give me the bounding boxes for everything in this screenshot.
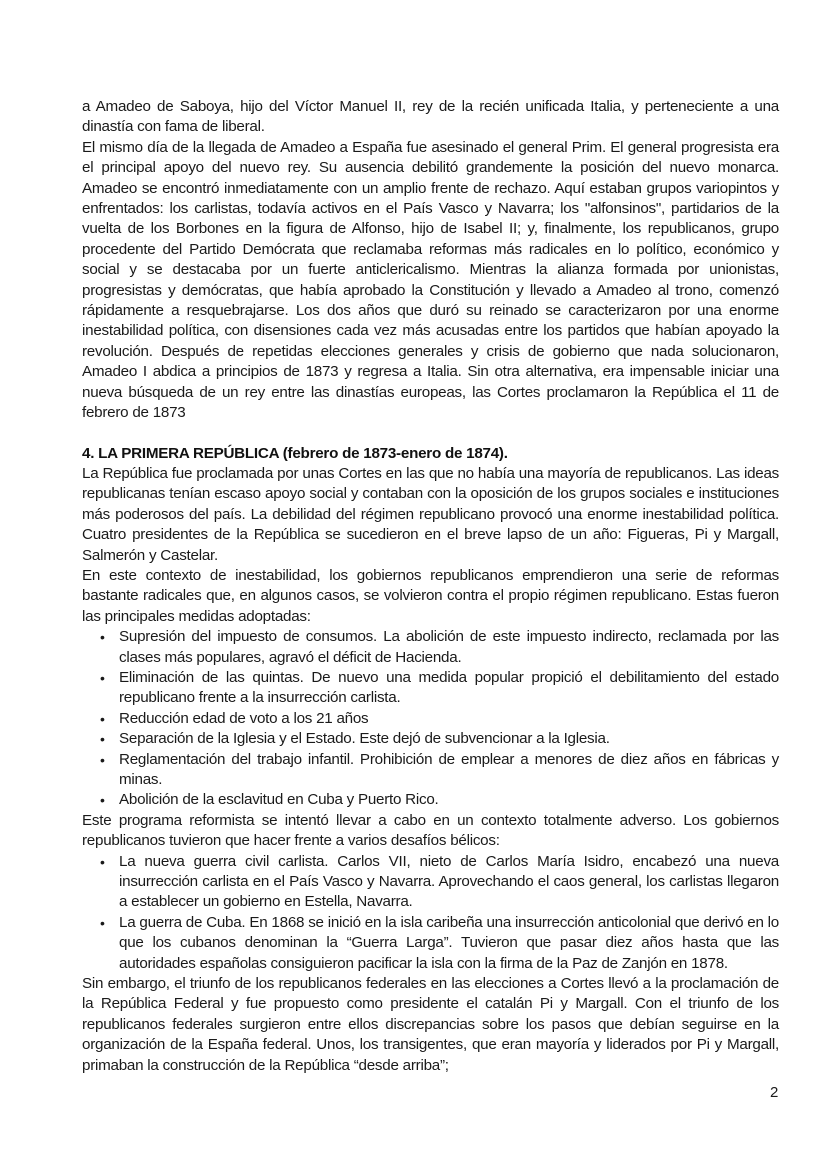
bullet-icon: • — [100, 750, 105, 770]
section-paragraph-4: Sin embargo, el triunfo de los republica… — [82, 974, 779, 1076]
bullet-icon: • — [100, 729, 105, 749]
section-paragraph-1: La República fue proclamada por unas Cor… — [82, 464, 779, 566]
list-item: •Abolición de la esclavitud en Cuba y Pu… — [119, 790, 779, 810]
measures-list: •Supresión del impuesto de consumos. La … — [82, 627, 779, 811]
section-paragraph-2: En este contexto de inestabilidad, los g… — [82, 566, 779, 627]
list-item: •Separación de la Iglesia y el Estado. E… — [119, 729, 779, 749]
document-page: a Amadeo de Saboya, hijo del Víctor Manu… — [82, 97, 779, 1076]
section-heading: 4. LA PRIMERA REPÚBLICA (febrero de 1873… — [82, 444, 779, 464]
bullet-icon: • — [100, 852, 105, 872]
intro-paragraph-2: El mismo día de la llegada de Amadeo a E… — [82, 138, 779, 424]
list-item: •La guerra de Cuba. En 1868 se inició en… — [119, 913, 779, 974]
bullet-icon: • — [100, 790, 105, 810]
list-item: •Supresión del impuesto de consumos. La … — [119, 627, 779, 668]
bullet-icon: • — [100, 913, 105, 933]
list-item: •Eliminación de las quintas. De nuevo un… — [119, 668, 779, 709]
page-number: 2 — [770, 1084, 778, 1101]
conflicts-list: •La nueva guerra civil carlista. Carlos … — [82, 852, 779, 974]
intro-paragraph-1: a Amadeo de Saboya, hijo del Víctor Manu… — [82, 97, 779, 138]
list-item: •Reducción edad de voto a los 21 años — [119, 709, 779, 729]
list-item: •Reglamentación del trabajo infantil. Pr… — [119, 750, 779, 791]
bullet-icon: • — [100, 668, 105, 688]
section-paragraph-3: Este programa reformista se intentó llev… — [82, 811, 779, 852]
paragraph-gap — [82, 424, 779, 444]
bullet-icon: • — [100, 709, 105, 729]
list-item: •La nueva guerra civil carlista. Carlos … — [119, 852, 779, 913]
bullet-icon: • — [100, 627, 105, 647]
